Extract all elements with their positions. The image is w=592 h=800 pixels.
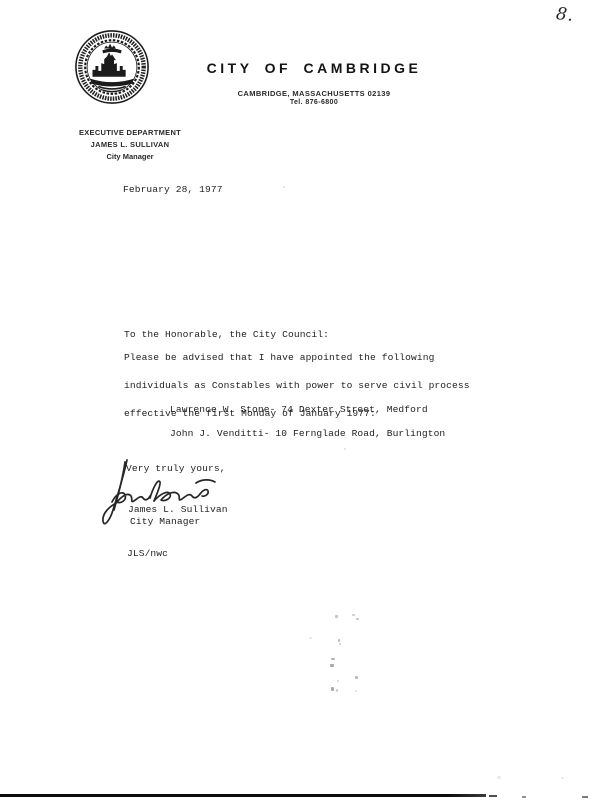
manager-title: City Manager xyxy=(50,152,210,161)
scan-speck xyxy=(336,689,338,692)
scan-speck xyxy=(331,658,335,660)
scan-speck xyxy=(339,643,341,645)
reference-initials: JLS/nwc xyxy=(127,547,168,561)
seal-graphic xyxy=(73,28,151,106)
manager-name: JAMES L. SULLIVAN xyxy=(50,140,210,149)
body-line-1: Please be advised that I have appointed … xyxy=(124,352,434,363)
scan-edge-dash xyxy=(522,796,526,798)
handwritten-page-number: 8. xyxy=(555,4,576,26)
scan-speck xyxy=(283,186,285,188)
typed-signature-title: City Manager xyxy=(130,515,200,529)
scan-speck xyxy=(309,637,312,639)
scan-speck xyxy=(330,664,334,667)
scan-speck xyxy=(344,448,346,450)
appointee-line-2: John J. Venditti- 10 Fernglade Road, Bur… xyxy=(170,427,445,441)
scan-edge-dash xyxy=(582,796,588,798)
scan-edge-line xyxy=(0,794,486,797)
scan-speck xyxy=(335,615,338,618)
scan-speck xyxy=(352,614,355,616)
scan-speck xyxy=(355,690,357,692)
department-name: EXECUTIVE DEPARTMENT xyxy=(50,128,210,137)
scan-speck xyxy=(337,680,339,682)
letter-date: February 28, 1977 xyxy=(123,183,223,197)
letterhead-title: CITY OF CAMBRIDGE xyxy=(203,60,425,76)
scanned-letter-page: 8. CITY OF CAMBRIDGE CAMBRIDGE, MASSACHU… xyxy=(0,0,592,800)
letterhead-phone: Tel. 876-6800 xyxy=(203,99,425,106)
scan-speck xyxy=(355,676,358,679)
executive-department-block: EXECUTIVE DEPARTMENT JAMES L. SULLIVAN C… xyxy=(50,128,210,161)
scan-speck xyxy=(497,776,501,779)
body-line-2: individuals as Constables with power to … xyxy=(124,380,470,391)
letter-salutation: To the Honorable, the City Council: xyxy=(124,328,329,342)
scan-speck xyxy=(331,687,334,691)
city-of-cambridge-seal-icon xyxy=(73,28,151,106)
scan-speck xyxy=(338,639,340,642)
letterhead-address: CAMBRIDGE, MASSACHUSETTS 02139 xyxy=(203,89,425,98)
scan-edge-dash xyxy=(489,795,497,797)
scan-speck xyxy=(561,777,564,779)
scan-speck xyxy=(356,618,359,620)
appointee-line-1: Lawrence W. Stone- 74 Dexter Street, Med… xyxy=(170,403,428,417)
